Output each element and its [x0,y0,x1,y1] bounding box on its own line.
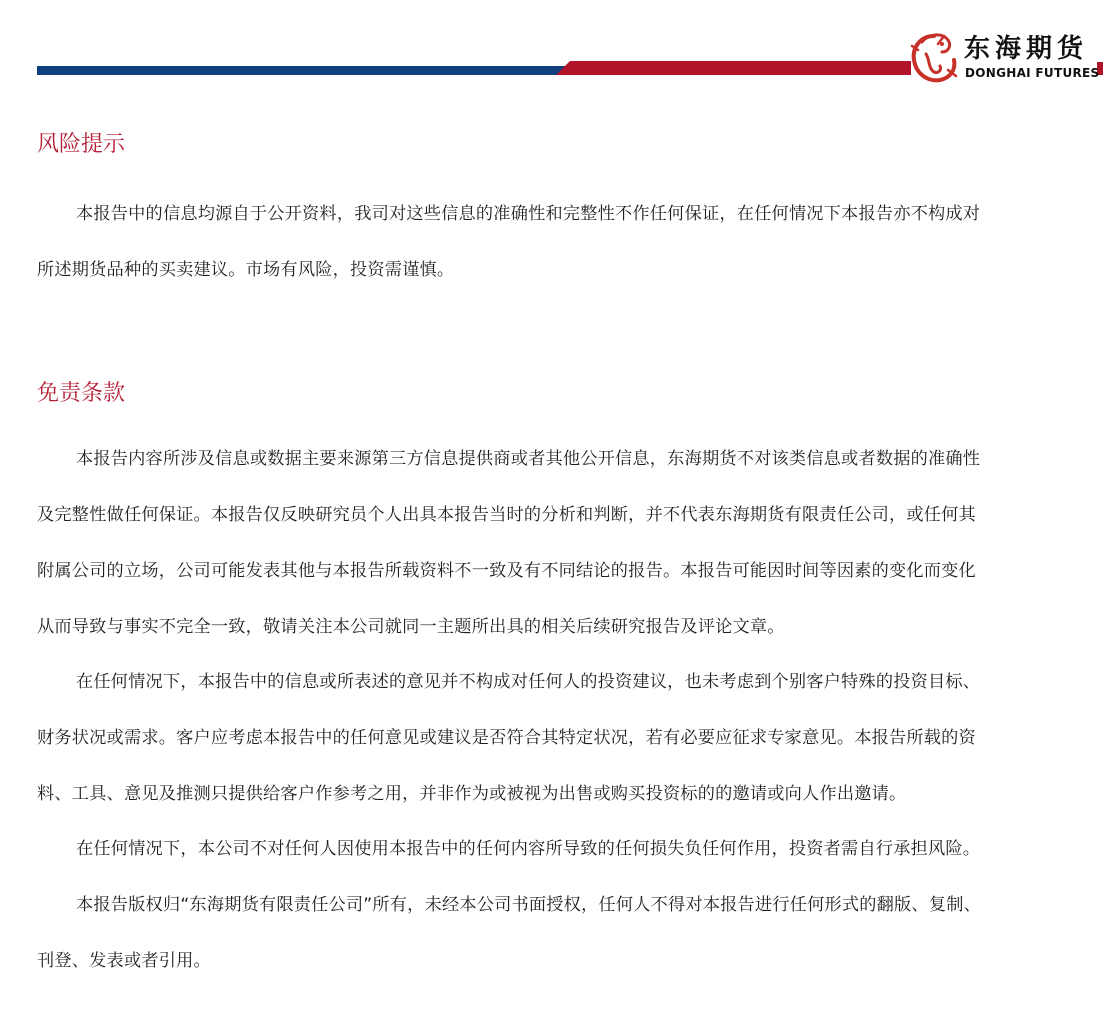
disclaimer-line: 本报告版权归“东海期货有限责任公司”所有，未经本公司书面授权，任何人不得对本报告… [76,892,981,918]
section-title-disclaimer: 免责条款 [37,379,125,409]
logo-chinese-name: 东海期货 [964,34,1088,64]
risk-notice-line: 本报告中的信息均源自于公开资料，我司对这些信息的准确性和完整性不作任何保证，在任… [76,201,980,227]
disclaimer-line: 附属公司的立场，公司可能发表其他与本报告所载资料不一致及有不同结论的报告。本报告… [37,558,976,584]
disclaimer-line: 本报告内容所涉及信息或数据主要来源第三方信息提供商或者其他公开信息，东海期货不对… [76,446,980,472]
risk-notice-line: 所述期货品种的买卖建议。市场有风险，投资需谨慎。 [37,257,454,283]
disclaimer-line: 在任何情况下，本公司不对任何人因使用本报告中的任何内容所导致的任何损失负任何作用… [76,836,980,862]
disclaimer-line: 财务状况或需求。客户应考虑本报告中的任何意见或建议是否符合其特定状况，若有必要应… [37,725,976,751]
disclaimer-line: 在任何情况下，本报告中的信息或所表述的意见并不构成对任何人的投资建议，也未考虑到… [76,669,980,695]
disclaimer-line: 从而导致与事实不完全一致，敬请关注本公司就同一主题所出具的相关后续研究报告及评论… [37,614,785,640]
company-logo: 东海期货 DONGHAI FUTURES [908,30,1098,86]
header-red-bar [556,61,911,75]
disclaimer-line: 料、工具、意见及推测只提供给客户作参考之用，并非作为或被视为出售或购买投资标的的… [37,781,906,807]
header-blue-bar [37,66,567,75]
logo-english-name: DONGHAI FUTURES [965,66,1099,80]
section-title-risk-notice: 风险提示 [37,130,125,160]
disclaimer-line: 刊登、发表或者引用。 [37,948,211,974]
page-header: 东海期货 DONGHAI FUTURES [0,0,1113,100]
disclaimer-line: 及完整性做任何保证。本报告仅反映研究员个人出具本报告当时的分析和判断，并不代表东… [37,502,976,528]
dragon-emblem-icon [908,30,960,86]
